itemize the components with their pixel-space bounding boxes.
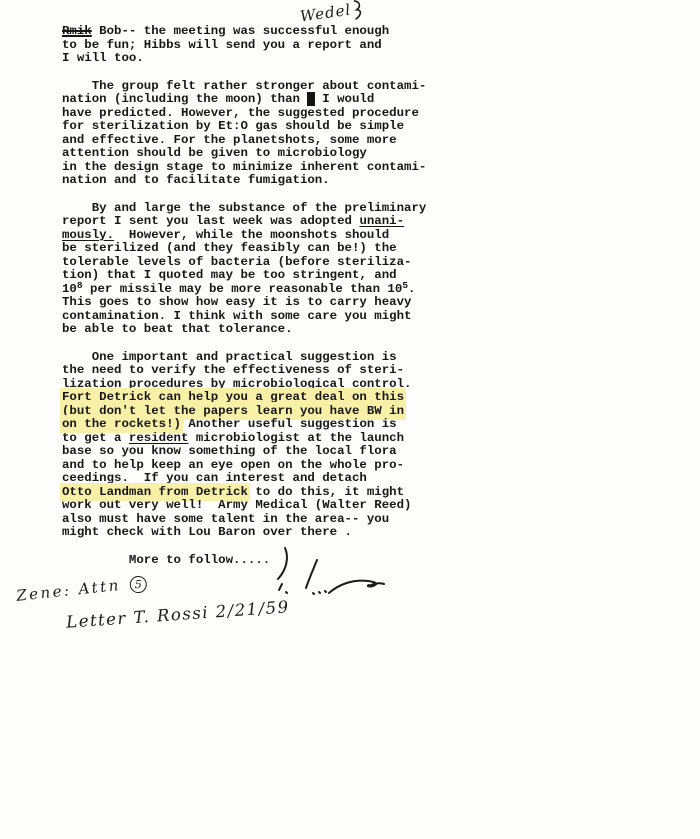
text-segment: the need to verify the effectiveness of …	[62, 363, 404, 377]
text-segment: to get a	[62, 431, 129, 445]
text-line: I will too.	[62, 52, 426, 66]
text-segment: One important and practical suggestion i…	[62, 350, 397, 364]
pen-flourish-icon	[351, 0, 368, 21]
text-segment: unani-	[359, 214, 404, 228]
file-note-line2-text: Letter T. Rossi 2/21/59	[66, 597, 291, 632]
text-line: be able to beat that tolerance.	[62, 323, 426, 337]
text-line: work out very well! Army Medical (Walter…	[62, 499, 426, 513]
text-line: to be fun; Hibbs will send you a report …	[62, 39, 426, 53]
text-segment: in the design stage to minimize inherent…	[62, 160, 426, 174]
text-line: The group felt rather stronger about con…	[62, 80, 426, 94]
text-segment: The group felt rather stronger about con…	[62, 79, 426, 93]
text-line: By and large the substance of the prelim…	[62, 202, 426, 216]
text-segment: .	[408, 282, 415, 296]
text-line: lization procedures by microbiological c…	[62, 378, 426, 392]
handwritten-name-text: Wedel	[299, 1, 352, 26]
typeover-blot: W	[307, 92, 314, 106]
text-segment: ceedings. If you can interest and detach	[62, 471, 367, 485]
text-line: be sterilized (and they feasibly can be!…	[62, 242, 426, 256]
text-line: the need to verify the effectiveness of …	[62, 364, 426, 378]
text-line: for sterilization by Et:O gas should be …	[62, 120, 426, 134]
text-segment: mously.	[62, 228, 114, 242]
text-line: Fort Detrick can help you a great deal o…	[62, 391, 426, 405]
text-line: nation (including the moon) than W I wou…	[62, 93, 426, 107]
text-segment: This goes to show how easy it is to carr…	[62, 295, 411, 309]
text-segment: tion) that I quoted may be too stringent…	[62, 268, 397, 282]
text-line: This goes to show how easy it is to carr…	[62, 296, 426, 310]
text-segment: 5	[402, 280, 408, 291]
signature-scribble-icon	[272, 545, 387, 605]
text-segment: microbiologist at the launch	[188, 431, 404, 445]
text-segment: have predicted. However, the suggested p…	[62, 106, 419, 120]
paragraph: One important and practical suggestion i…	[62, 351, 426, 540]
text-segment: be able to beat that tolerance.	[62, 322, 293, 336]
paragraph: The group felt rather stronger about con…	[62, 80, 426, 188]
highlighted-text: Otto Landman from Detrick	[62, 485, 248, 499]
text-segment: attention should be given to microbiolog…	[62, 146, 367, 160]
text-segment: report I sent you last week was adopted	[62, 214, 359, 228]
text-segment: per missile may be more reasonable than …	[83, 282, 403, 296]
text-segment: 10	[62, 282, 77, 296]
struck-out-text: Rmik	[62, 24, 92, 38]
text-segment: lization procedures by microbiological c…	[62, 377, 411, 391]
text-line: One important and practical suggestion i…	[62, 351, 426, 365]
text-segment: 8	[77, 280, 83, 291]
text-line: base so you know something of the local …	[62, 445, 426, 459]
handwritten-file-note-line2: Letter T. Rossi 2/21/59	[66, 597, 291, 632]
text-line: and to help keep an eye open on the whol…	[62, 459, 426, 473]
text-line: mously. However, while the moonshots sho…	[62, 229, 426, 243]
text-segment: More to follow.....	[62, 553, 270, 567]
text-segment: be sterilized (and they feasibly can be!…	[62, 241, 397, 255]
text-line: (but don't let the papers learn you have…	[62, 405, 426, 419]
text-line: to get a resident microbiologist at the …	[62, 432, 426, 446]
paragraph: Rmik Bob-- the meeting was successful en…	[62, 25, 426, 66]
text-line: ceedings. If you can interest and detach	[62, 472, 426, 486]
text-segment: However, while the moonshots should	[114, 228, 389, 242]
text-line: contamination. I think with some care yo…	[62, 310, 426, 324]
text-line: 108 per missile may be more reasonable t…	[62, 283, 426, 297]
text-line: tolerable levels of bacteria (before ste…	[62, 256, 426, 270]
text-line: Rmik Bob-- the meeting was successful en…	[62, 25, 426, 39]
highlighted-text: Fort Detrick can help you a great deal o…	[62, 390, 404, 404]
text-line: tion) that I quoted may be too stringent…	[62, 269, 426, 283]
text-segment: to be fun; Hibbs will send you a report …	[62, 38, 382, 52]
paragraph: By and large the substance of the prelim…	[62, 202, 426, 337]
text-line: report I sent you last week was adopted …	[62, 215, 426, 229]
text-segment: nation and to facilitate fumigation.	[62, 173, 330, 187]
text-segment: I will too.	[62, 51, 144, 65]
text-segment: for sterilization by Et:O gas should be …	[62, 119, 404, 133]
circled-number: 5	[130, 576, 147, 593]
text-segment: contamination. I think with some care yo…	[62, 309, 411, 323]
text-segment: and to help keep an eye open on the whol…	[62, 458, 404, 472]
text-segment: might check with Lou Baron over there .	[62, 525, 352, 539]
text-line: attention should be given to microbiolog…	[62, 147, 426, 161]
highlighted-text: (but don't let the papers learn you have…	[62, 404, 404, 418]
letter-body: Rmik Bob-- the meeting was successful en…	[62, 25, 426, 581]
text-segment: nation (including the moon) than	[62, 92, 307, 106]
text-line: and effective. For the planetshots, some…	[62, 134, 426, 148]
text-segment: resident	[129, 431, 189, 445]
scanned-letter-page: Wedel Rmik Bob-- the meeting was success…	[0, 0, 700, 839]
text-segment: tolerable levels of bacteria (before ste…	[62, 255, 411, 269]
text-segment: and effective. For the planetshots, some…	[62, 133, 397, 147]
text-segment: By and large the substance of the prelim…	[62, 201, 426, 215]
text-line: have predicted. However, the suggested p…	[62, 107, 426, 121]
text-line: on the rockets!) Another useful suggesti…	[62, 418, 426, 432]
text-line: also must have some talent in the area--…	[62, 513, 426, 527]
text-segment: Bob-- the meeting was successful enough	[92, 24, 389, 38]
text-line: might check with Lou Baron over there .	[62, 526, 426, 540]
highlighted-text: on the rockets!)	[62, 417, 181, 431]
file-note-text: Zene: Attn	[15, 576, 121, 605]
text-line: nation and to facilitate fumigation.	[62, 174, 426, 188]
text-segment: I would	[315, 92, 375, 106]
text-line: in the design stage to minimize inherent…	[62, 161, 426, 175]
text-segment: base so you know something of the local …	[62, 444, 397, 458]
text-segment: to do this, it might	[248, 485, 404, 499]
text-segment: Another useful suggestion is	[181, 417, 397, 431]
text-line: Otto Landman from Detrick to do this, it…	[62, 486, 426, 500]
text-segment: also must have some talent in the area--…	[62, 512, 389, 526]
text-segment: work out very well! Army Medical (Walter…	[62, 498, 411, 512]
